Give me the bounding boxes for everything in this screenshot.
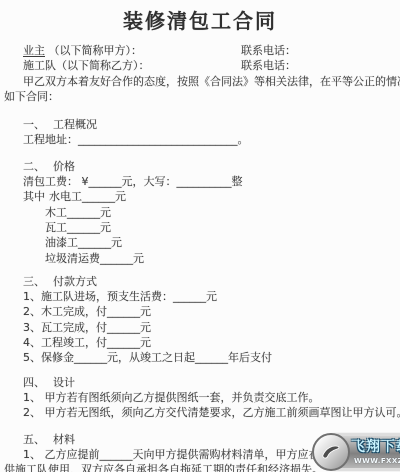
payment-item-3: 3、瓦工完成，付______元 bbox=[4, 320, 398, 335]
fee-detail-electric-line: 其中水电工______元 bbox=[4, 189, 398, 204]
feixiang-logo-icon bbox=[312, 433, 350, 471]
section5-number: 五、 bbox=[23, 433, 45, 446]
section4-title: 设计 bbox=[53, 376, 75, 389]
section2-heading: 二、价格 bbox=[4, 159, 398, 174]
watermark-brand-text: 飞翔下载 bbox=[351, 436, 400, 456]
section1-title: 工程概况 bbox=[53, 118, 97, 131]
fee-detail-carpenter: 木工______元 bbox=[4, 205, 398, 220]
contract-document: 装修清包工合同 业主 （以下简称甲方）： 联系电话： 施工队（以下简称乙方）： … bbox=[0, 0, 400, 472]
project-address-line: 工程地址：_____________________________。 bbox=[4, 132, 398, 147]
section1-number: 一、 bbox=[23, 118, 45, 131]
design-item-2: 2、 甲方若无图纸，须向乙方交代清楚要求，乙方施工前须画草图让甲方认可。 bbox=[4, 405, 398, 420]
party-contractor-line: 施工队（以下简称乙方）： 联系电话： bbox=[4, 58, 398, 73]
payment-item-1: 1、施工队进场，预支生活费：______元 bbox=[4, 289, 398, 304]
section4-number: 四、 bbox=[23, 376, 45, 389]
design-item-1: 1、 甲方若有图纸须向乙方提供图纸一套，并负责交底工作。 bbox=[4, 390, 398, 405]
document-title: 装修清包工合同 bbox=[0, 0, 400, 34]
section3-title: 付款方式 bbox=[53, 275, 97, 288]
party-owner-line: 业主 （以下简称甲方）： 联系电话： bbox=[4, 43, 398, 58]
fee-detail-painter: 油漆工______元 bbox=[4, 235, 398, 250]
fee-detail-mason: 瓦工______元 bbox=[4, 220, 398, 235]
feixiang-watermark: 飞翔下载 WWW.FXXZ.COM bbox=[312, 433, 400, 471]
intro-line-2: 如下合同： bbox=[4, 89, 398, 104]
fee-detail-garbage: 垃圾清运费______元 bbox=[4, 251, 398, 266]
fee-detail-prefix: 其中 bbox=[23, 190, 45, 203]
section4-heading: 四、设计 bbox=[4, 375, 398, 390]
section2-title: 价格 bbox=[53, 160, 75, 173]
payment-item-2: 2、木工完成，付______元 bbox=[4, 304, 398, 319]
contractor-label: 施工队（以下简称乙方）： bbox=[23, 59, 150, 72]
owner-phone-label: 联系电话： bbox=[241, 43, 296, 58]
intro-line-1: 甲乙双方本着友好合作的态度，按照《合同法》等相关法律，在平等公正的情况下签定 bbox=[4, 74, 398, 89]
fee-detail-electric: 水电工______元 bbox=[49, 190, 126, 203]
payment-item-5: 5、保修金______元，从竣工之日起______年后支付 bbox=[4, 350, 398, 365]
owner-label: 业主 bbox=[23, 44, 45, 57]
section1-heading: 一、工程概况 bbox=[4, 117, 398, 132]
section3-number: 三、 bbox=[23, 275, 45, 288]
contractor-phone-label: 联系电话： bbox=[241, 58, 296, 73]
document-body: 业主 （以下简称甲方）： 联系电话： 施工队（以下简称乙方）： 联系电话： 甲乙… bbox=[0, 43, 400, 472]
watermark-site-url: WWW.FXXZ.COM bbox=[354, 457, 400, 465]
section3-heading: 三、付款方式 bbox=[4, 274, 398, 289]
contract-fee-line: 清包工费： ¥______元，大写：__________整 bbox=[4, 174, 398, 189]
payment-item-4: 4、工程竣工，付______元 bbox=[4, 335, 398, 350]
section2-number: 二、 bbox=[23, 160, 45, 173]
section5-title: 材料 bbox=[53, 433, 75, 446]
owner-suffix: （以下简称甲方）： bbox=[45, 44, 142, 57]
